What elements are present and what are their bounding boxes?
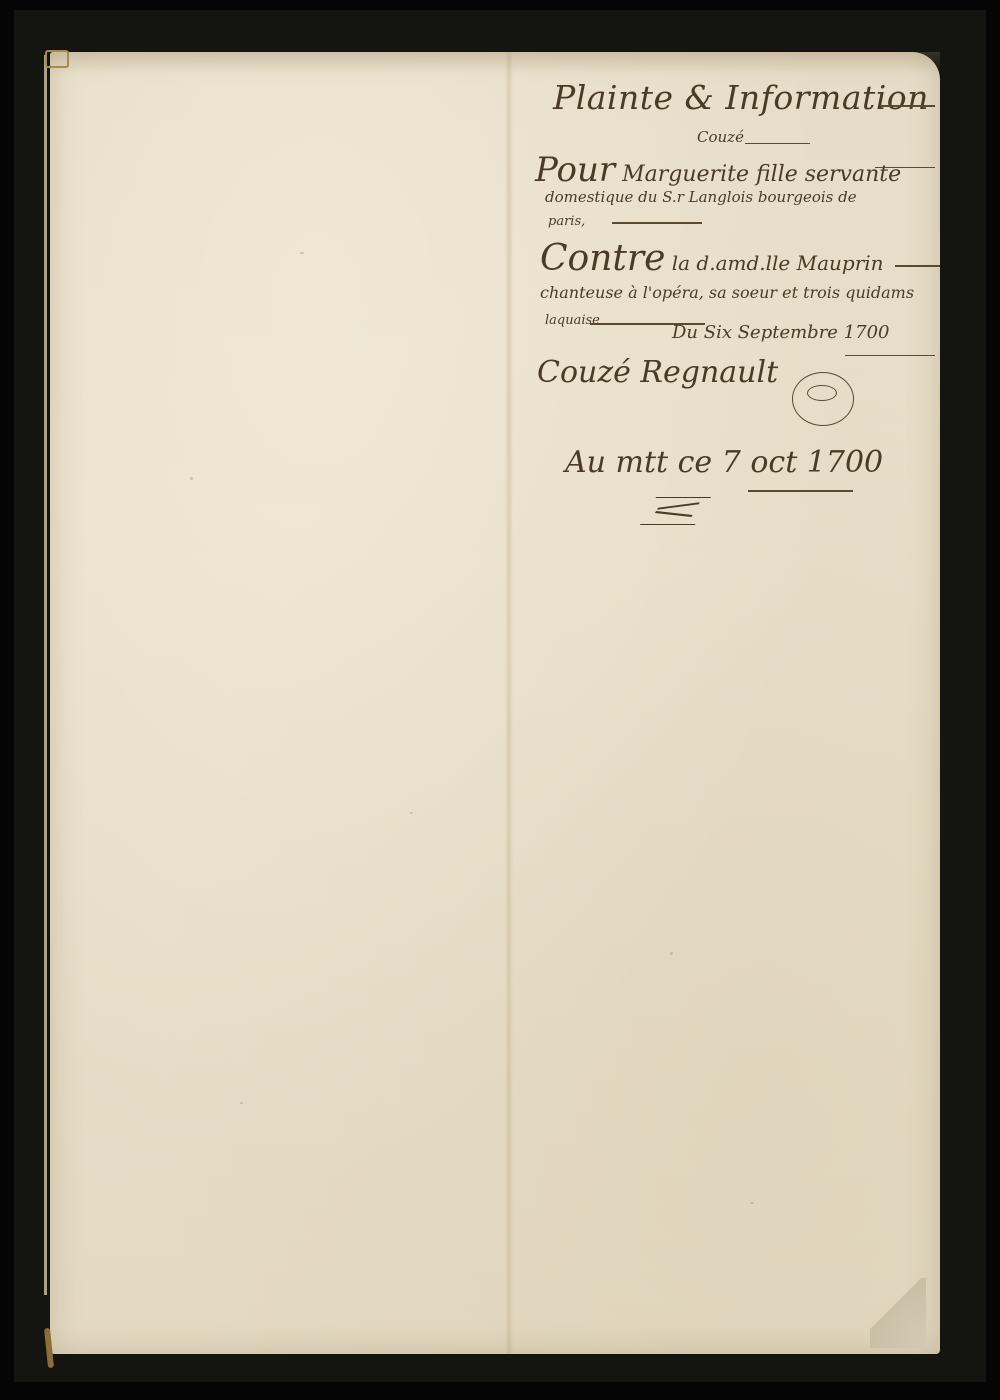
paper-speck (240, 1102, 243, 1104)
officials-names: Couzé Regnault (537, 355, 778, 390)
signature-flourish (792, 372, 854, 426)
complaint-date: Du Six Septembre 1700 (672, 322, 889, 343)
interlinear-annotation: Couzé (697, 128, 744, 146)
binding-thread (44, 55, 47, 1295)
plaintiff-city: paris, (548, 214, 585, 229)
document-title: Plainte & Information (553, 78, 929, 117)
line-filler-stroke (612, 222, 702, 224)
defendant-line: Contre la d.amd.lle Mauprin (540, 238, 884, 279)
plaintiff-description: domestique du S.r Langlois bourgeois de (545, 188, 857, 206)
line-filler-stroke (895, 265, 940, 267)
plaintiff-line: Pour Marguerite fille servante (535, 150, 901, 190)
binding-tag-top (45, 50, 69, 68)
paper-speck (410, 812, 413, 814)
defendant-description: chanteuse à l'opéra, sa soeur et trois q… (540, 283, 914, 302)
pour-label: Pour (535, 150, 615, 190)
line-filler-stroke (875, 167, 935, 168)
paper-speck (670, 952, 673, 955)
defendant-description-cont: laquaise (545, 313, 600, 328)
folded-corner (870, 1278, 926, 1348)
defendant-name: la d.amd.lle Mauprin (672, 251, 884, 275)
paper-speck (300, 252, 304, 254)
title-flourish (880, 105, 935, 107)
paper-speck (190, 477, 193, 480)
paper-speck (750, 1202, 754, 1204)
contre-label: Contre (540, 238, 665, 279)
annotation-stroke (745, 143, 810, 144)
plaintiff-name: Marguerite fille servante (622, 162, 901, 187)
closing-date-line: Au mtt ce 7 oct 1700 (565, 445, 883, 480)
line-filler-stroke (845, 355, 935, 356)
center-fold-line (505, 52, 513, 1354)
closing-underline (748, 490, 853, 492)
